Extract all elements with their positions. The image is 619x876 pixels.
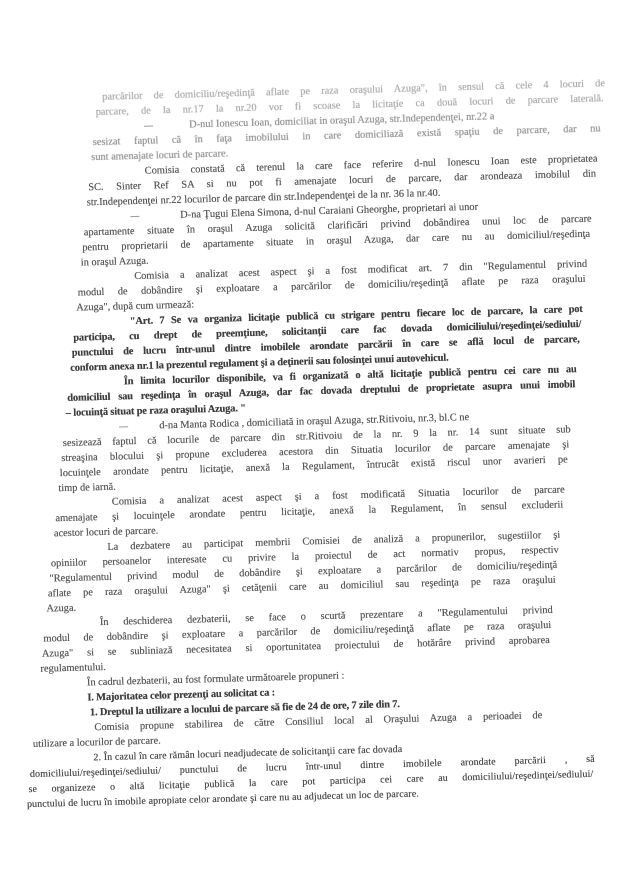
- document-body: parcărilor de domiciliu/reşedinţă aflate…: [97, 76, 619, 810]
- margin-dash-mark: [130, 216, 139, 217]
- margin-dash-mark: [144, 125, 153, 126]
- margin-dash-mark: [119, 426, 128, 427]
- scanned-page: parcărilor de domiciliu/reşedinţă aflate…: [0, 0, 619, 876]
